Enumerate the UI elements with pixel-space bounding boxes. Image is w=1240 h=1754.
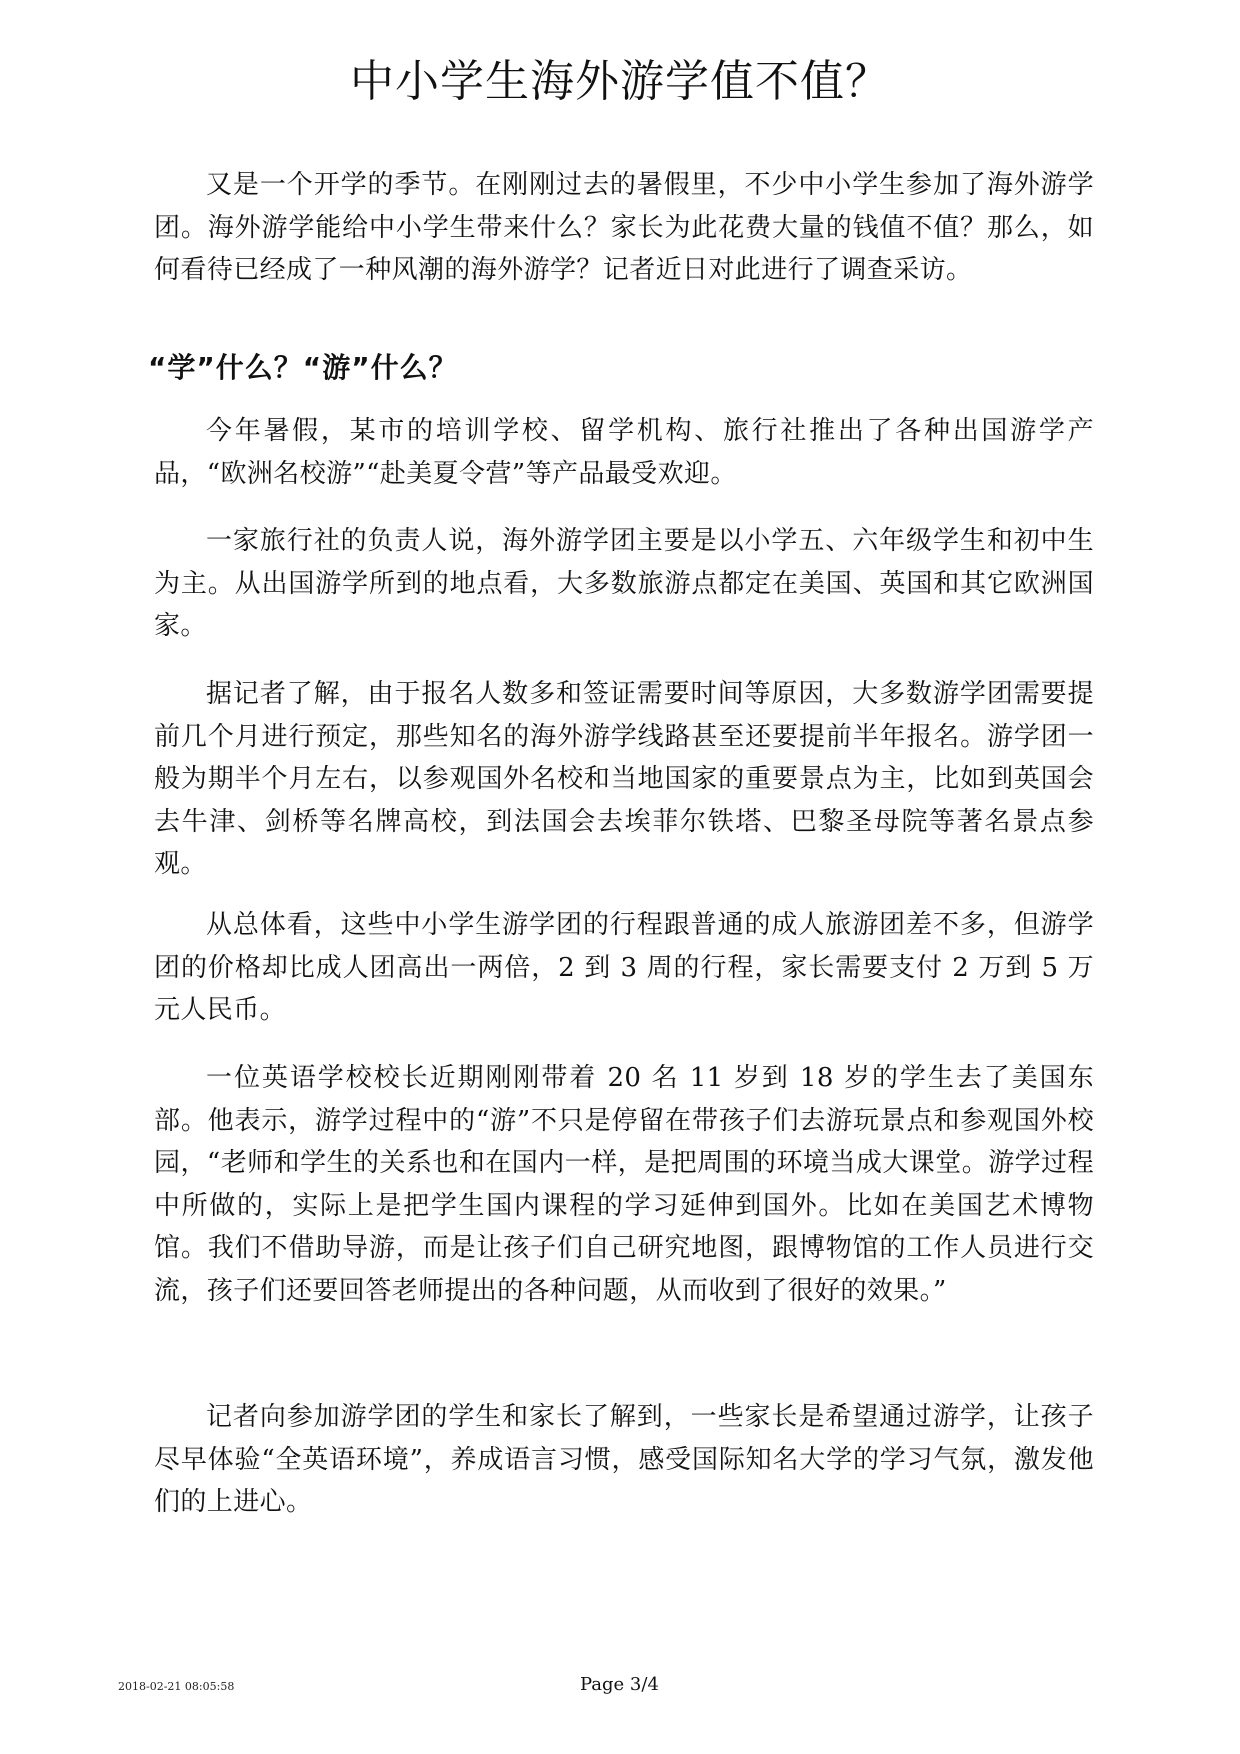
body-paragraph: 一位英语学校校长近期刚刚带着 20 名 11 岁到 18 岁的学生去了美国东部。… (154, 1057, 1094, 1312)
intro-paragraph: 又是一个开学的季节。在刚刚过去的暑假里，不少中小学生参加了海外游学团。海外游学能… (154, 164, 1094, 292)
body-paragraph: 从总体看，这些中小学生游学团的行程跟普通的成人旅游团差不多，但游学团的价格却比成… (154, 904, 1094, 1032)
body-paragraph-4-block: 从总体看，这些中小学生游学团的行程跟普通的成人旅游团差不多，但游学团的价格却比成… (154, 904, 1094, 1032)
body-paragraph-5-block: 一位英语学校校长近期刚刚带着 20 名 11 岁到 18 岁的学生去了美国东部。… (154, 1057, 1094, 1312)
intro-block: 又是一个开学的季节。在刚刚过去的暑假里，不少中小学生参加了海外游学团。海外游学能… (154, 164, 1094, 292)
body-paragraph-2-block: 一家旅行社的负责人说，海外游学团主要是以小学五、六年级学生和初中生为主。从出国游… (154, 520, 1094, 648)
document-page: 中小学生海外游学值不值？ 又是一个开学的季节。在刚刚过去的暑假里，不少中小学生参… (0, 0, 1240, 1754)
body-paragraph-3-block: 据记者了解，由于报名人数多和签证需要时间等原因，大多数游学团需要提前几个月进行预… (154, 673, 1094, 886)
footer-timestamp: 2018-02-21 08:05:58 (118, 1680, 234, 1694)
body-paragraph-1-block: 今年暑假，某市的培训学校、留学机构、旅行社推出了各种出国游学产品，“欧洲名校游”… (154, 410, 1094, 495)
document-title: 中小学生海外游学值不值？ (0, 52, 1240, 112)
page-number: Page 3/4 (580, 1674, 659, 1696)
body-paragraph: 记者向参加游学团的学生和家长了解到，一些家长是希望通过游学，让孩子尽早体验“全英… (154, 1396, 1094, 1524)
section-heading: “学”什么？“游”什么？ (148, 348, 458, 388)
body-paragraph-6-block: 记者向参加游学团的学生和家长了解到，一些家长是希望通过游学，让孩子尽早体验“全英… (154, 1396, 1094, 1524)
body-paragraph: 据记者了解，由于报名人数多和签证需要时间等原因，大多数游学团需要提前几个月进行预… (154, 673, 1094, 886)
body-paragraph: 今年暑假，某市的培训学校、留学机构、旅行社推出了各种出国游学产品，“欧洲名校游”… (154, 410, 1094, 495)
body-paragraph: 一家旅行社的负责人说，海外游学团主要是以小学五、六年级学生和初中生为主。从出国游… (154, 520, 1094, 648)
